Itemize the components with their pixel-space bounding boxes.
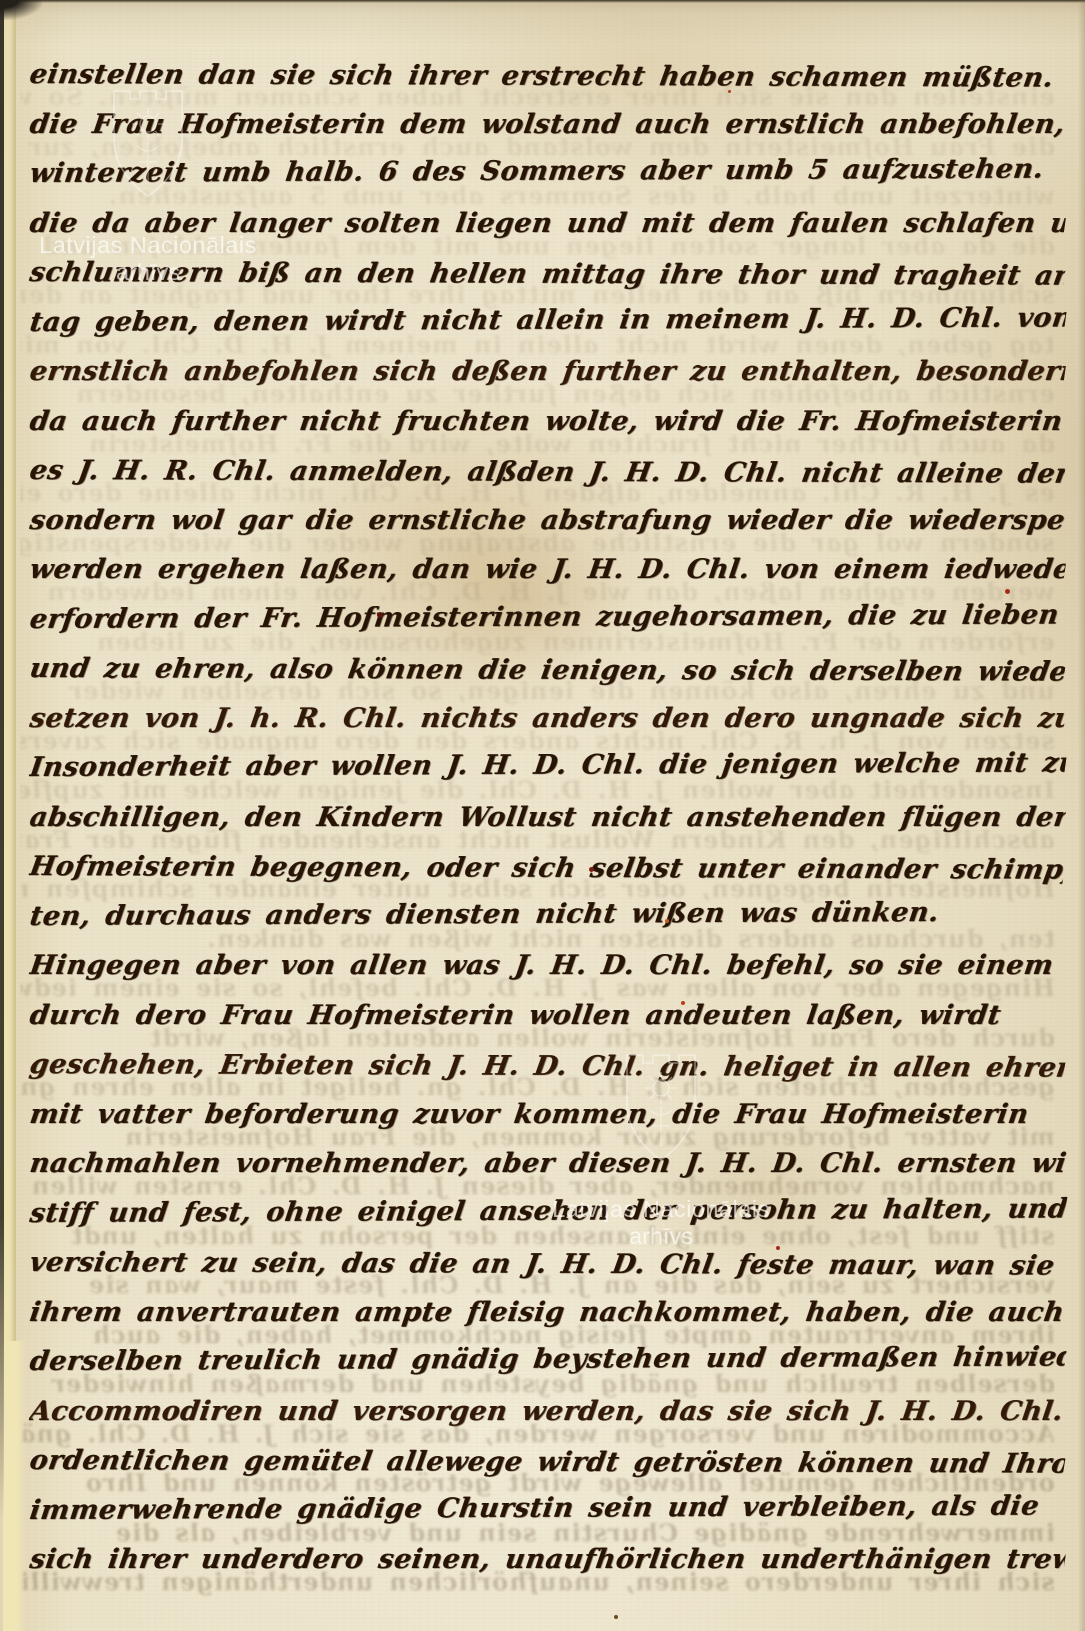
manuscript-line: schlummern biß an den hellen mittag ihre… — [26, 248, 1068, 301]
manuscript-line: tag geben, denen wirdt nicht allein in m… — [27, 293, 1069, 347]
manuscript-line: ihrem anvertrauten ampte fleisig nachkom… — [27, 1288, 1069, 1338]
page-left-edge-bottom — [3, 1341, 26, 1631]
ink-speck — [589, 867, 594, 872]
ink-speck — [776, 1246, 780, 1250]
manuscript-line: versichert zu sein, das die an J. H. D. … — [26, 1238, 1068, 1291]
manuscript-line: mit vatter beforderung zuvor kommen, die… — [27, 1090, 1069, 1140]
manuscript-line: da auch further nicht fruchten wolte, wi… — [27, 397, 1069, 447]
ink-speck — [614, 1615, 618, 1619]
manuscript-line: erfordern der Fr. Hofmeisterinnen zugeho… — [27, 590, 1069, 644]
manuscript-line: winterzeit umb halb. 6 des Sommers aber … — [27, 144, 1069, 198]
scan-right-shadow — [1078, 0, 1085, 1631]
manuscript-line: einstellen dan sie sich ihrer erstrecht … — [26, 50, 1068, 103]
scan-corner-shadow — [0, 0, 42, 20]
ink-speck — [377, 612, 383, 618]
ink-speck — [728, 90, 731, 93]
manuscript-line: Accommodiren und versorgen werden, das s… — [27, 1387, 1069, 1437]
manuscript-line: Insonderheit aber wollen J. H. D. Chl. d… — [27, 738, 1069, 792]
manuscript-line: nachmahlen vornehmender, aber diesen J. … — [27, 1139, 1069, 1189]
manuscript-scan: { "document": { "type": "historical hand… — [0, 0, 1085, 1631]
scan-top-border — [0, 0, 1085, 3]
scan-left-border — [0, 0, 4, 1520]
manuscript-line: setzen von J. h. R. Chl. nichts anders d… — [27, 694, 1069, 744]
manuscript-line: abschilligen, den Kindern Wollust nicht … — [27, 793, 1069, 843]
manuscript-line: ernstlich anbefohlen sich deßen further … — [27, 347, 1069, 397]
manuscript-line: ten, durchaus anders diensten nicht wiße… — [27, 887, 1069, 941]
ink-speck — [681, 1001, 685, 1005]
manuscript-line: die Frau Hofmeisterin dem wolstand auch … — [27, 100, 1069, 150]
manuscript-line: sondern wol gar die ernstliche abstrafun… — [27, 496, 1069, 546]
manuscript-line: Hingegen aber von allen was J. H. D. Chl… — [27, 941, 1069, 991]
manuscript-line: ordentlichen gemütel allewege wirdt getr… — [26, 1436, 1068, 1489]
manuscript-line: geschehen, Erbieten sich J. H. D. Chl. g… — [26, 1040, 1068, 1093]
manuscript-line: es J. H. R. Chl. anmelden, alßden J. H. … — [26, 446, 1068, 499]
manuscript-line: die da aber langer solten liegen und mit… — [27, 199, 1069, 249]
manuscript-line: werden ergehen laßen, dan wie J. H. D. C… — [27, 545, 1069, 595]
manuscript-text: einstellen dan sie sich ihrer erstrecht … — [30, 50, 1065, 1585]
manuscript-line: durch dero Frau Hofmeisterin wollen ande… — [27, 991, 1069, 1041]
ink-speck — [1005, 589, 1010, 594]
manuscript-line: sich ihrer underdero seinen, unaufhörlic… — [27, 1535, 1069, 1585]
manuscript-line: und zu ehren, also können die ienigen, s… — [26, 644, 1068, 697]
manuscript-line: Hofmeisterin begegnen, oder sich selbst … — [26, 842, 1068, 895]
manuscript-line: derselben treulich und gnädig beystehen … — [27, 1332, 1069, 1386]
ink-speck — [665, 919, 669, 923]
manuscript-line: immerwehrende gnädige Churstin sein und … — [27, 1481, 1069, 1535]
manuscript-line: stiff und fest, ohne einigel ansehen der… — [27, 1184, 1069, 1238]
